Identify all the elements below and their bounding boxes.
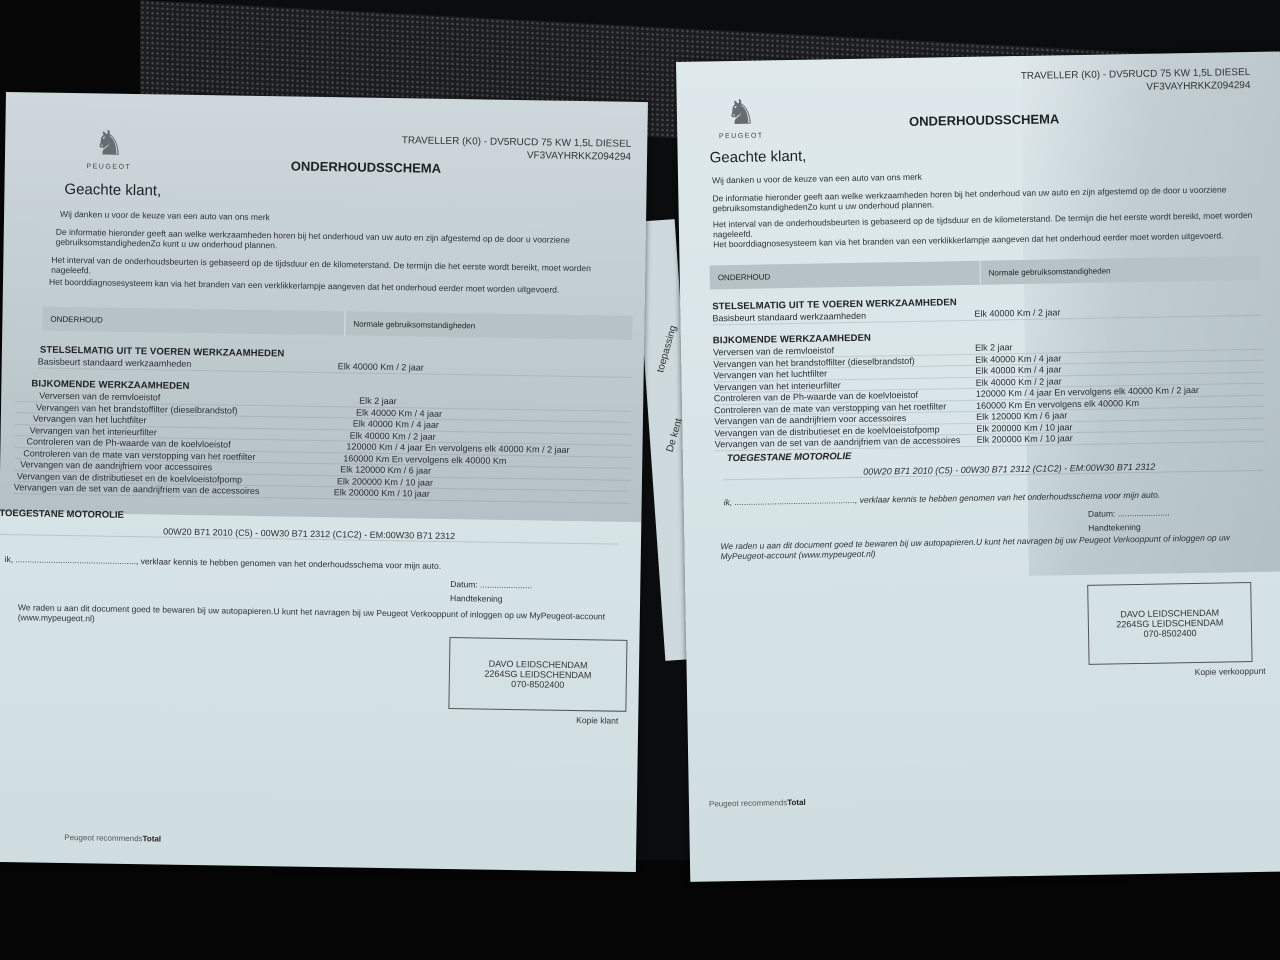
declaration-text: ik, ....................................… <box>724 490 1161 508</box>
background-bottom <box>0 860 1280 960</box>
greeting: Geachte klant, <box>710 148 807 167</box>
interval-cell: Elk 40000 Km / 4 jaar <box>975 353 1061 365</box>
table-header: ONDERHOUD Normale gebruiksomstandigheden <box>42 307 632 340</box>
maintenance-sheet-customer-copy: ♞ PEUGEOT TRAVELLER (K0) - DV5RUCD 75 KW… <box>0 92 648 872</box>
interval-cell: Elk 40000 Km / 4 jaar <box>356 407 442 419</box>
additional-rows: Verversen van de remvloeistofElk 2 jaarV… <box>713 338 1265 451</box>
interval-cell: Elk 40000 Km / 4 jaar <box>975 364 1061 376</box>
document-title: ONDERHOUDSSCHEMA <box>909 111 1059 129</box>
vehicle-info: TRAVELLER (K0) - DV5RUCD 75 KW 1,5L DIES… <box>401 134 631 164</box>
dealer-stamp-box: DAVO LEIDSCHENDAM 2264SG LEIDSCHENDAM 07… <box>448 637 627 712</box>
interval-cell: Elk 2 jaar <box>975 342 1013 353</box>
table-header: ONDERHOUD Normale gebruiksomstandigheden <box>710 256 1260 290</box>
footer-text: Peugeot recommendsTotal <box>709 798 806 809</box>
intro-text: Wij danken u voor de keuze van een auto … <box>712 166 1252 185</box>
fragment-text-1: toepassing <box>655 324 679 374</box>
advice-text: We raden u aan dit document goed te bewa… <box>720 532 1270 562</box>
interval-cell: Elk 200000 Km / 10 jaar <box>334 487 430 499</box>
copy-label: Kopie klant <box>576 715 618 726</box>
info-text: De informatie hieronder geeft aan welke … <box>56 227 631 256</box>
signature-label: Handtekening <box>1088 522 1141 533</box>
interval-cell: Elk 40000 Km / 2 jaar <box>976 376 1062 388</box>
advice-text: We raden u aan dit document goed te bewa… <box>18 602 618 631</box>
vehicle-info: TRAVELLER (K0) - DV5RUCD 75 KW 1,5L DIES… <box>1021 66 1251 96</box>
info-text: De informatie hieronder geeft aan welke … <box>712 184 1252 213</box>
interval-cell: Elk 200000 Km / 10 jaar <box>977 433 1073 445</box>
interval-cell: Elk 40000 Km / 2 jaar <box>350 430 436 442</box>
date-field: Datum: ...................... <box>1088 507 1170 518</box>
peugeot-logo: ♞ PEUGEOT <box>711 92 772 140</box>
oil-heading: TOEGESTANE MOTOROLIE <box>727 451 852 464</box>
interval-cell: Elk 200000 Km / 10 jaar <box>337 476 433 488</box>
maintenance-sheet-dealer-copy: ♞ PEUGEOT TRAVELLER (K0) - DV5RUCD 75 KW… <box>676 51 1280 881</box>
interval-cell: Elk 120000 Km / 6 jaar <box>976 410 1067 422</box>
oil-heading: TOEGESTANE MOTOROLIE <box>0 508 124 521</box>
task-cell: Basisbeurt standaard werkzaamheden <box>38 357 338 372</box>
interval-cell: Elk 40000 Km / 2 jaar <box>338 361 424 373</box>
declaration-text: ik, ....................................… <box>5 554 442 571</box>
document-title: ONDERHOUDSSCHEMA <box>291 158 441 175</box>
copy-label: Kopie verkooppunt <box>1195 666 1266 677</box>
oil-value: 00W20 B71 2010 (C5) - 00W30 B71 2312 (C1… <box>0 524 619 545</box>
interval-cell: Elk 40000 Km / 2 jaar <box>974 307 1060 319</box>
date-field: Datum: ...................... <box>450 579 532 590</box>
systematic-rows: Basisbeurt standaard werkzaamhedenElk 40… <box>38 357 632 378</box>
oil-value: 00W20 B71 2010 (C5) - 00W30 B71 2312 (C1… <box>723 460 1263 480</box>
additional-rows: Verversen van de remvloeistofElk 2 jaarV… <box>14 390 632 503</box>
intro-text: Wij danken u voor de keuze van een auto … <box>60 209 620 228</box>
greeting: Geachte klant, <box>64 181 161 200</box>
interval-cell: Elk 200000 Km / 10 jaar <box>976 422 1072 434</box>
interval-cell: Elk 2 jaar <box>359 396 397 407</box>
peugeot-logo: ♞ PEUGEOT <box>79 123 140 171</box>
footer-text: Peugeot recommendsTotal <box>64 833 161 844</box>
interval-cell: Elk 120000 Km / 6 jaar <box>340 464 431 476</box>
dealer-stamp-box: DAVO LEIDSCHENDAM 2264SG LEIDSCHENDAM 07… <box>1087 582 1252 665</box>
peugeot-lion-icon: ♞ <box>79 123 140 164</box>
table-row: Basisbeurt standaard werkzaamhedenElk 40… <box>38 357 632 378</box>
peugeot-lion-icon: ♞ <box>711 92 772 133</box>
signature-label: Handtekening <box>450 593 503 604</box>
interval-cell: Elk 40000 Km / 4 jaar <box>353 418 439 430</box>
